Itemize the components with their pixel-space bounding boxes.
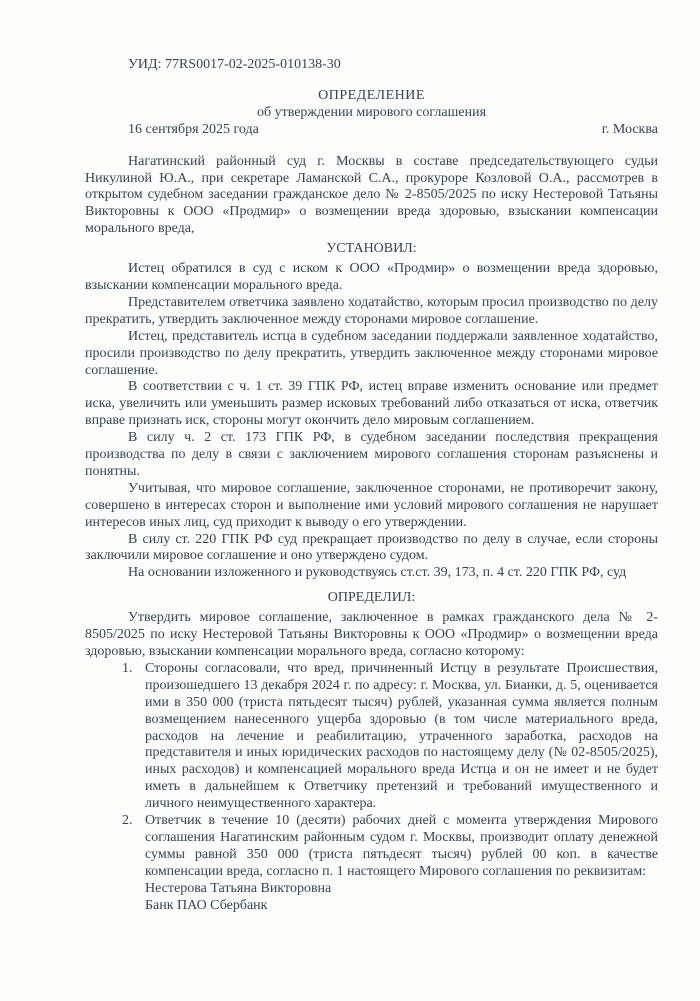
established-paragraph-7: В силу ст. 220 ГПК РФ суд прекращает про… [85,532,658,566]
settlement-term-2-text: Ответчик в течение 10 (десяти) рабочих д… [145,813,658,879]
established-paragraph-6: Учитывая, что мировое соглашение, заключ… [85,481,658,532]
established-paragraph-8: На основании изложенного и руководствуяс… [85,565,658,582]
established-paragraph-5: В силу ч. 2 ст. 173 ГПК РФ, в судебном з… [85,430,658,481]
dateline: 16 сентября 2025 года г. Москва [128,122,658,139]
established-paragraph-4: В соответствии с ч. 1 ст. 39 ГПК РФ, ист… [85,379,658,430]
document-subtitle: об утверждении мирового соглашения [85,105,658,122]
established-heading: УСТАНОВИЛ: [85,241,658,258]
settlement-term-2: Ответчик в течение 10 (десяти) рабочих д… [122,813,658,914]
established-paragraph-1: Истец обратился в суд с иском к ООО «Про… [85,261,658,295]
court-document-page: УИД: 77RS0017-02-2025-010138-30 ОПРЕДЕЛЕ… [0,0,700,1001]
requisite-recipient-name: Нестерова Татьяна Викторовна [145,881,658,898]
established-paragraph-2: Представителем ответчика заявлено ходата… [85,295,658,329]
case-uid: УИД: 77RS0017-02-2025-010138-30 [128,57,658,74]
settlement-terms-list: Стороны согласовали, что вред, причиненн… [85,661,658,915]
decided-heading: ОПРЕДЕЛИЛ: [85,590,658,607]
decided-intro-paragraph: Утвердить мировое соглашение, заключенно… [85,610,658,661]
intro-paragraph: Нагатинский районный суд г. Москвы в сос… [85,154,658,239]
established-paragraph-3: Истец, представитель истца в судебном за… [85,329,658,380]
settlement-term-1: Стороны согласовали, что вред, причиненн… [122,661,658,813]
document-city: г. Москва [602,122,658,139]
settlement-term-1-text: Стороны согласовали, что вред, причиненн… [145,661,658,811]
requisite-bank-name: Банк ПАО Сбербанк [145,898,658,915]
document-title: ОПРЕДЕЛЕНИЕ [85,88,658,105]
document-date: 16 сентября 2025 года [128,122,259,139]
